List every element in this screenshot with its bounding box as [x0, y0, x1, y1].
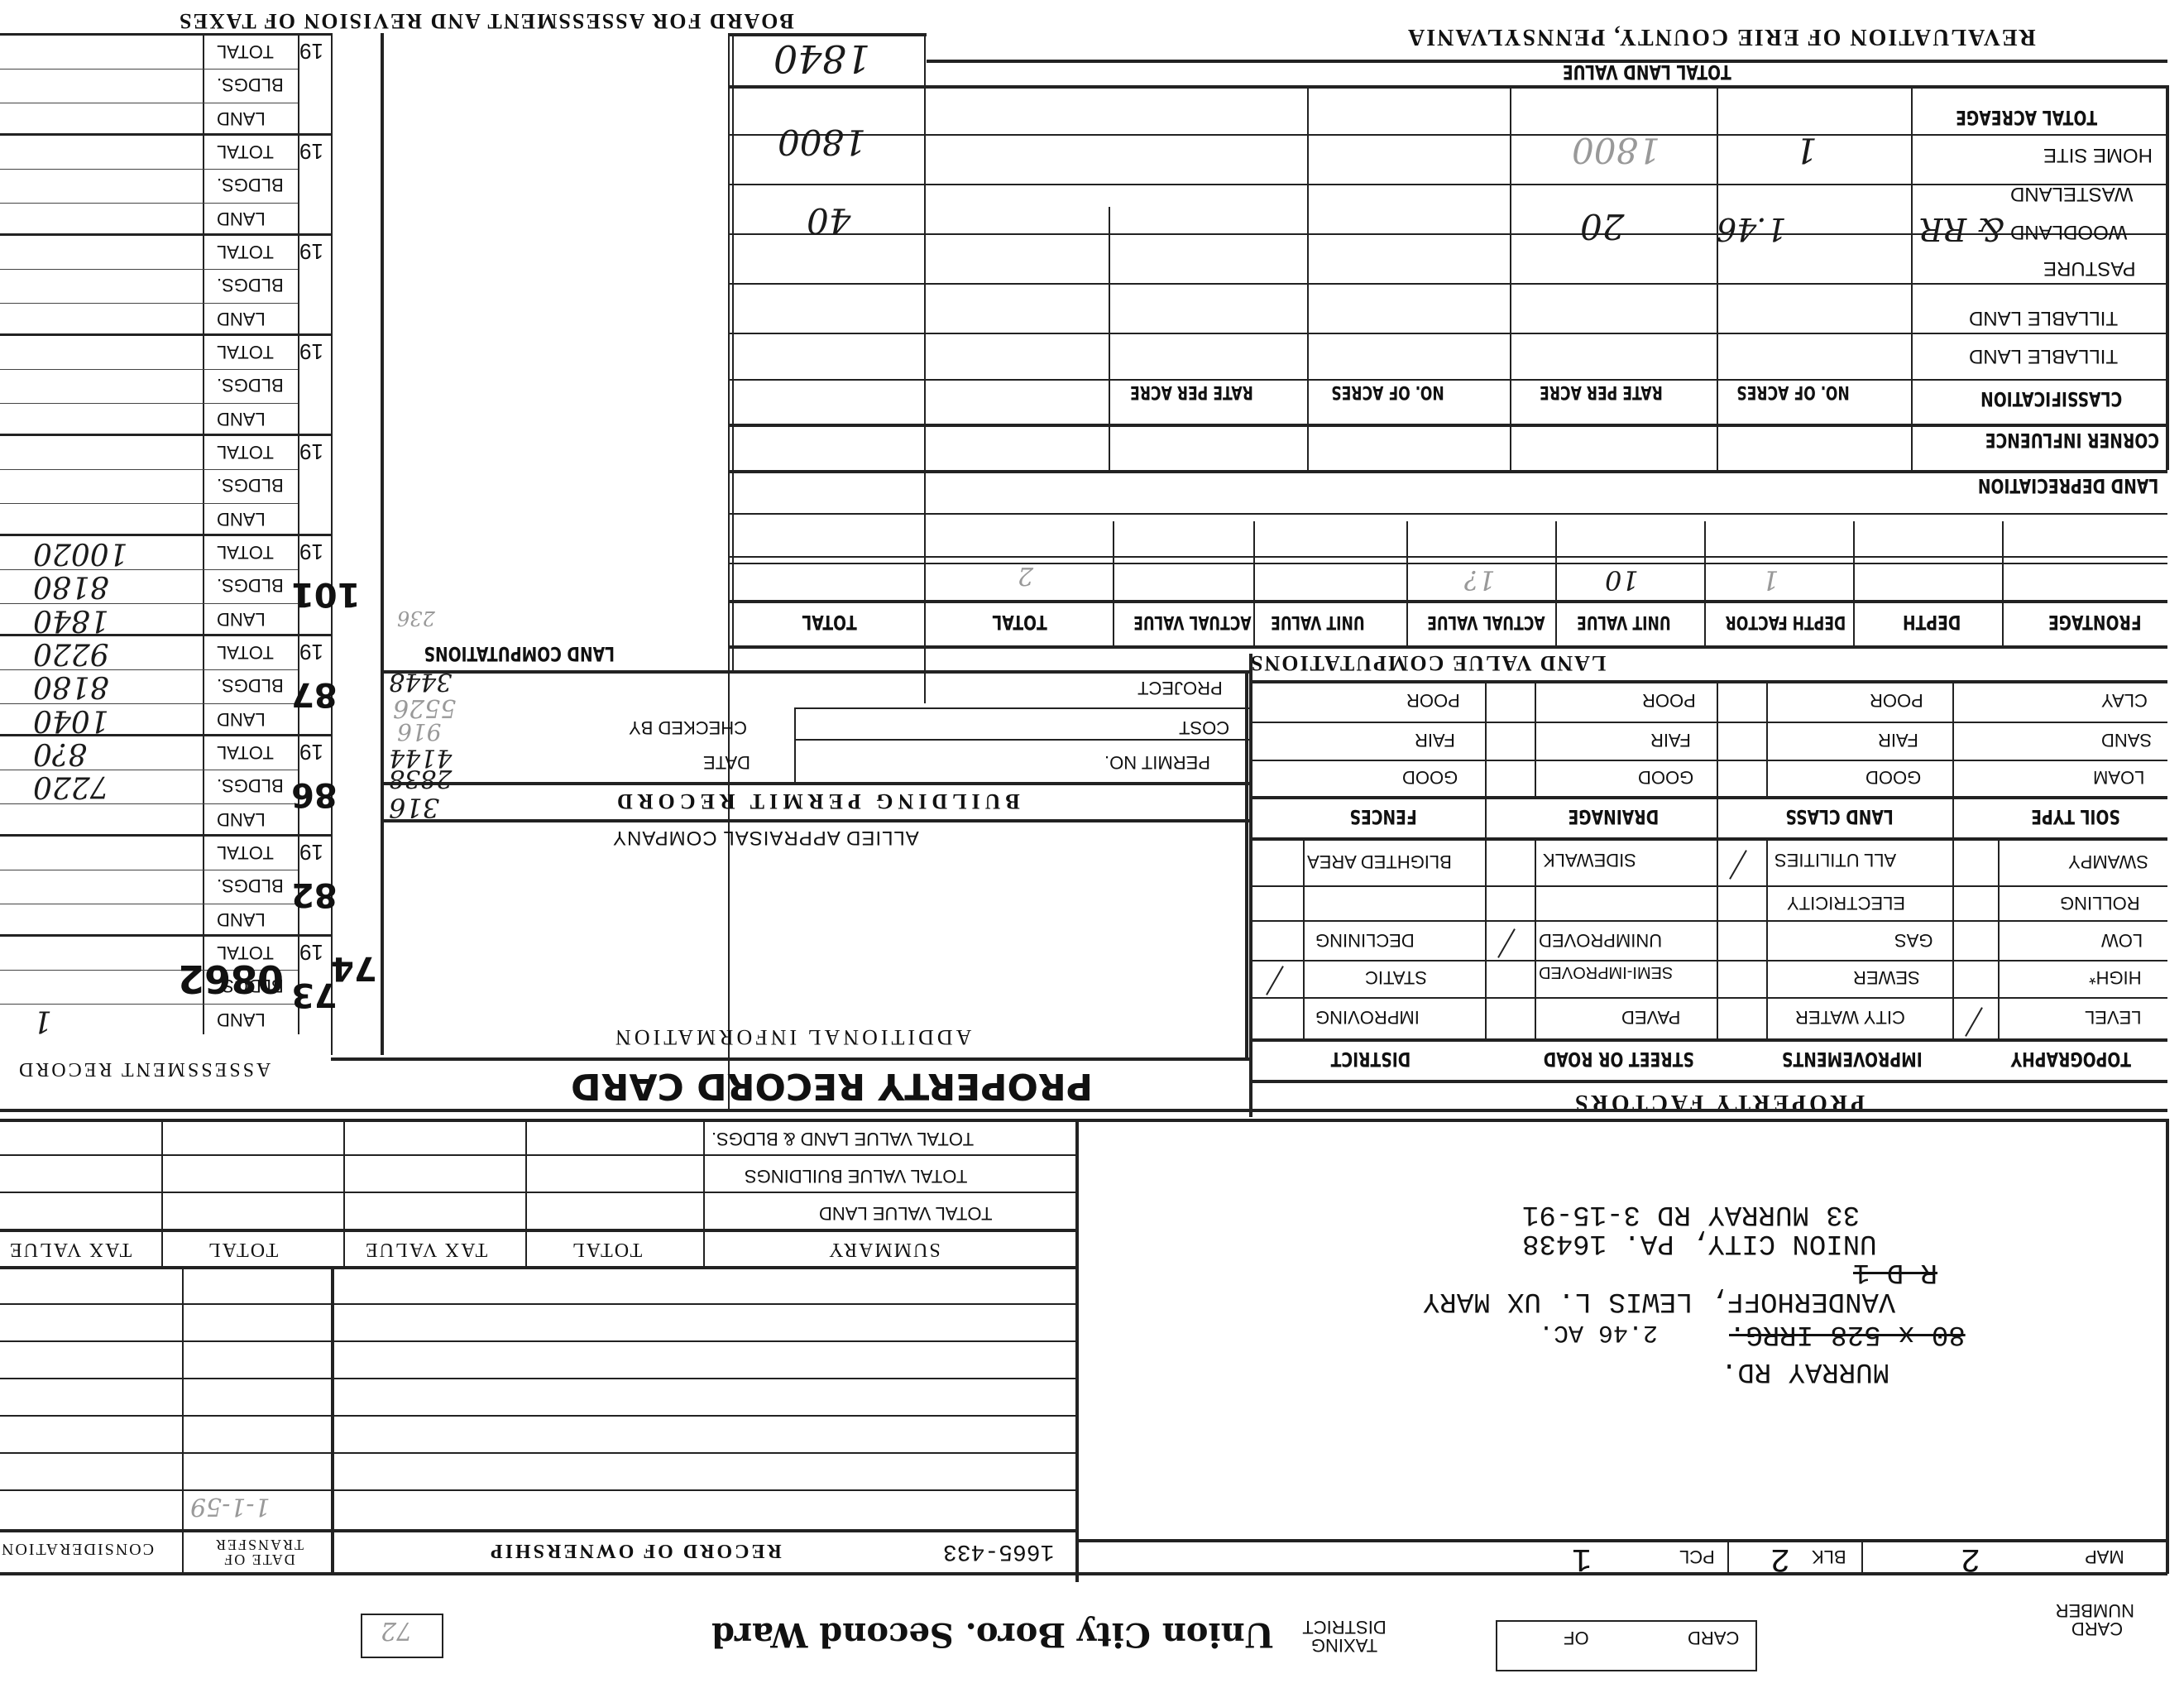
assessment-stamp-2: 74	[331, 952, 377, 985]
assessment-land-label: LAND	[217, 209, 266, 228]
check-mark-icon	[1497, 928, 1516, 958]
lvc-total-1: TOTAL	[992, 612, 1046, 632]
assessment-year-prefix: 19	[299, 41, 323, 62]
address-line-5: UNION CITY, PA. 16438	[1522, 1229, 1876, 1257]
district-improving: IMPROVING	[1315, 1008, 1420, 1026]
assessment-year-group: TOTAL10020BLDGS.8180LAND184019101	[0, 534, 331, 636]
total-land-value: 1840	[773, 40, 870, 78]
assessment-total-label: TOTAL	[217, 142, 274, 161]
woodland-value: 40	[807, 203, 850, 237]
assessment-year-group: TOTALBLDGS.LAND19	[0, 33, 331, 136]
assessment-bldgs-label: BLDGS.	[217, 476, 284, 494]
assessment-bldgs-label: BLDGS.	[217, 776, 284, 794]
landclass-good: GOOD	[1865, 768, 1921, 786]
assessment-land-value: 1840	[33, 605, 109, 635]
lvc-frontage: FRONTAGE	[2048, 612, 2142, 632]
address-line-4-struck: R D 1	[1853, 1258, 1937, 1286]
soil-type-header: SOIL TYPE	[2031, 807, 2120, 827]
summary-col-total-1: TOTAL	[571, 1240, 642, 1259]
assessment-year-prefix: 19	[299, 942, 323, 963]
home-site-value: 1800	[778, 124, 866, 159]
stamp-value: 72	[381, 1618, 412, 1642]
land-computation-scribble: 2838	[389, 765, 452, 790]
woodland-label: WOODLAND	[2010, 222, 2127, 242]
company-name: ALLIED APPRAISAL COMPANY	[612, 827, 919, 847]
topography-header: TOPOGRAPHY	[2011, 1049, 2132, 1069]
district-static: STATIC	[1365, 968, 1427, 986]
assessment-record-table: TOTALBLDGS.LAND19TOTALBLDGS.LAND19TOTALB…	[0, 33, 331, 1034]
home-site-label: HOME SITE	[2043, 145, 2153, 165]
road-semi-improved: SEMI-IMPROVED	[1539, 964, 1673, 981]
land-computation-scribble: 236	[397, 608, 435, 628]
woodland-acres: 1.46	[1717, 213, 1787, 245]
permit-checked-by-label: CHECKED BY	[629, 718, 747, 736]
map-label: MAP	[2085, 1547, 2124, 1566]
lvc-depth: DEPTH	[1903, 612, 1961, 632]
assessment-land-value: 1	[33, 1005, 52, 1035]
land-computation-scribble: 3448	[389, 669, 452, 693]
blk-label: BLK	[1812, 1547, 1846, 1566]
street-or-road-header: STREET OR ROAD	[1544, 1049, 1694, 1069]
assessment-total-label: TOTAL	[217, 543, 274, 561]
lvc-depth-factor-value: 1	[1762, 567, 1779, 593]
soil-sand: SAND	[2101, 731, 2152, 749]
assessment-record-title: ASSESSMENT RECORD	[17, 1059, 271, 1079]
drainage-fair: FAIR	[1650, 731, 1691, 749]
taxing-district-value: Union City Boro. Second Ward	[711, 1618, 1274, 1651]
additional-information-title: ADDITIONAL INFORMATION	[612, 1026, 971, 1048]
land-computation-scribble: 316	[389, 794, 439, 821]
card-label: CARD	[1688, 1628, 1739, 1647]
pasture-label: PASTURE	[2043, 258, 2136, 278]
road-paved: PAVED	[1621, 1008, 1680, 1026]
tillable-land-label-1: TILLABLE LAND	[1969, 308, 2118, 328]
lvc-actual-value-value: 1?	[1464, 567, 1496, 593]
land-depreciation-label: LAND DEPRECIATION	[1978, 476, 2158, 496]
no-of-acres-header-2: NO. OF ACRES	[1331, 382, 1444, 400]
check-mark-icon	[1266, 966, 1284, 995]
assessment-year-group: TOTAL8?0BLDGS.7220LAND1986	[0, 734, 331, 837]
ownership-code: 1665-433	[943, 1539, 1054, 1562]
board-title: BOARD FOR ASSESSMENT AND REVISION OF TAX…	[178, 10, 794, 31]
rate-per-acre-header: RATE PER ACRE	[1540, 382, 1663, 400]
building-permit-title: BUILDING PERMIT RECORD	[612, 790, 1020, 812]
topo-high: HIGH*	[2089, 968, 2142, 986]
assessment-land-label: LAND	[217, 309, 266, 328]
assessment-land-value: 1040	[33, 705, 109, 735]
assessment-bldgs-label: BLDGS.	[217, 676, 284, 694]
summary-col-tax-value-1: TAX VALUE	[364, 1240, 487, 1259]
check-mark-icon	[1965, 1007, 1983, 1037]
assessment-year-prefix: 19	[299, 441, 323, 463]
assessment-year-prefix: 19	[299, 641, 323, 663]
address-owner: VANDERHOFF, LEWIS L. UX MARY	[1423, 1287, 1895, 1315]
assessment-year: 86	[291, 778, 338, 811]
topo-swampy: SWAMPY	[2068, 852, 2148, 870]
assessment-total-label: TOTAL	[217, 843, 274, 861]
assessment-bldgs-label: BLDGS.	[217, 276, 284, 294]
record-of-ownership-title: RECORD OF OWNERSHIP	[488, 1541, 782, 1561]
assessment-land-label: LAND	[217, 710, 266, 728]
assessment-year-prefix: 19	[299, 241, 323, 262]
assessment-land-label: LAND	[217, 1010, 266, 1029]
assessment-year-prefix: 19	[299, 741, 323, 763]
total-acreage-label: TOTAL ACREAGE	[1956, 108, 2097, 127]
road-sidewalk: SIDEWALK	[1543, 851, 1636, 869]
assessment-total-value: 9220	[33, 638, 109, 668]
assessment-total-label: TOTAL	[217, 743, 274, 761]
lvc-actual-value: ACTUAL VALUE	[1427, 612, 1545, 631]
assessment-year-prefix: 19	[299, 341, 323, 362]
summary-total-land: TOTAL VALUE LAND	[819, 1204, 992, 1222]
district-blighted: BLIGHTED AREA	[1307, 852, 1452, 870]
assessment-year: 82	[291, 878, 338, 911]
assessment-total-label: TOTAL	[217, 242, 274, 261]
assessment-land-label: LAND	[217, 510, 266, 528]
assessment-year-group: TOTALBLDGS.LAND1982	[0, 834, 331, 937]
assessment-year-group: TOTALBLDGS.LAND19	[0, 333, 331, 436]
assessment-bldgs-value: 8180	[33, 671, 109, 701]
of-label: OF	[1564, 1628, 1589, 1647]
assessment-land-label: LAND	[217, 109, 266, 127]
lvc-unit-value-2: UNIT VALUE	[1271, 612, 1365, 631]
summary-total-buildings: TOTAL VALUE BUILDINGS	[745, 1167, 967, 1185]
map-value: 2	[1961, 1541, 1980, 1574]
improvements-header: IMPROVEMENTS	[1782, 1049, 1923, 1069]
assessment-bldgs-label: BLDGS.	[217, 876, 284, 894]
total-land-value-label: TOTAL LAND VALUE	[1563, 62, 1731, 82]
assessment-land-label: LAND	[217, 910, 266, 928]
lvc-unit-value: UNIT VALUE	[1577, 612, 1671, 631]
consideration-label: CONSIDERATION	[0, 1541, 154, 1557]
revaluation-title: REVALUATION OF ERIE COUNTY, PENNSYLVANIA	[1406, 25, 2036, 48]
lvc-title: LAND VALUE COMPUTATIONS	[1249, 652, 1606, 674]
permit-no-label: PERMIT NO.	[1104, 753, 1210, 771]
wasteland-label: WASTELAND	[2010, 184, 2133, 204]
property-record-card-title: PROPERTY RECORD CARD	[571, 1067, 1093, 1104]
pcl-value: 1	[1572, 1541, 1592, 1574]
fences-poor: POOR	[1406, 691, 1460, 709]
address-line-2-struck: 80 x 528 IRRG.	[1729, 1320, 1966, 1348]
assessment-year-group: TOTALBLDGS.LAND19	[0, 233, 331, 336]
assessment-year-prefix: 19	[299, 842, 323, 863]
assessment-bldgs-label: BLDGS.	[217, 576, 284, 594]
assessment-year-prefix: 19	[299, 141, 323, 162]
assessment-year-group: TOTALBLDGS.LAND19	[0, 434, 331, 536]
impr-electricity: ELECTRICITY	[1787, 894, 1905, 912]
card-number-label: CARD NUMBER	[2060, 1601, 2134, 1638]
summary-col-tax-value-2: TAX VALUE	[8, 1240, 132, 1259]
road-unimproved: UNIMPROVED	[1539, 931, 1662, 949]
permit-date-label: DATE	[703, 753, 750, 771]
assessment-bldgs-label: BLDGS.	[217, 175, 284, 194]
impr-gas: GAS	[1894, 931, 1933, 949]
land-computations-title: LAND COMPUTATIONS	[424, 644, 615, 664]
district-header: DISTRICT	[1331, 1049, 1411, 1069]
assessment-bldgs-label: BLDGS.	[217, 376, 284, 394]
rate-per-acre-header-2: RATE PER ACRE	[1130, 382, 1253, 400]
transfer-date: 1-1-59	[190, 1494, 271, 1518]
topo-rolling: ROLLING	[2060, 894, 2140, 912]
drainage-header: DRAINAGE	[1568, 807, 1659, 827]
address-line-6: 33 MURRAY RD 3-15-91	[1522, 1200, 1860, 1228]
lvc-total-value: 2	[1018, 563, 1033, 587]
assessment-bldgs-label: BLDGS.	[217, 75, 284, 94]
topo-level: LEVEL	[2085, 1008, 2142, 1026]
soil-loam: LOAM	[2093, 768, 2144, 786]
topo-low: LOW	[2101, 931, 2143, 949]
assessment-bldgs-value: 7220	[33, 771, 109, 801]
soil-clay: CLAY	[2101, 691, 2148, 709]
assessment-total-label: TOTAL	[217, 443, 274, 461]
address-acres: 2.46 AC.	[1539, 1320, 1658, 1345]
summary-col-total-2: TOTAL	[207, 1240, 278, 1259]
drainage-good: GOOD	[1638, 768, 1693, 786]
drainage-poor: POOR	[1642, 691, 1696, 709]
corner-influence-label: CORNER INFLUENCE	[1985, 430, 2159, 450]
tillable-land-label-2: TILLABLE LAND	[1969, 346, 2118, 366]
landclass-fair: FAIR	[1878, 731, 1918, 749]
impr-city-water: CITY WATER	[1795, 1008, 1905, 1026]
blk-value: 2	[1770, 1541, 1790, 1574]
assessment-year-group: TOTAL9220BLDGS.8180LAND10401987	[0, 634, 331, 736]
assessment-total-label: TOTAL	[217, 343, 274, 361]
land-class-header: LAND CLASS	[1785, 807, 1893, 827]
land-computation-scribble: 916	[397, 720, 441, 743]
district-declining: DECLINING	[1315, 931, 1415, 949]
assessment-year: 101	[291, 578, 361, 611]
fences-good: GOOD	[1402, 768, 1458, 786]
permit-project-label: PROJECT	[1137, 679, 1223, 697]
home-site-acres: 1	[1795, 132, 1818, 167]
taxing-district-label: TAXING DISTRICT	[1291, 1618, 1398, 1654]
assessment-total-label: TOTAL	[217, 643, 274, 661]
assessment-year-group: TOTALBLDGS.LAND19	[0, 133, 331, 236]
classification-header: CLASSIFICATION	[1980, 389, 2122, 409]
check-mark-icon	[1729, 850, 1747, 880]
summary-total-land-bldgs: TOTAL VALUE LAND & BLDGS.	[711, 1129, 974, 1148]
lvc-total-2: TOTAL	[802, 612, 856, 632]
assessment-land-label: LAND	[217, 410, 266, 428]
assessment-stamp: 0862	[178, 960, 284, 998]
fences-header: FENCES	[1349, 807, 1416, 827]
assessment-year-prefix: 19	[299, 541, 323, 563]
woodland-note: & RR	[1919, 213, 2004, 245]
address-line-1: MURRAY RD.	[1721, 1357, 1889, 1385]
assessment-bldgs-value: 8180	[33, 571, 109, 601]
summary-title: SUMMARY	[827, 1240, 941, 1259]
lvc-depth-factor: DEPTH FACTOR	[1726, 612, 1846, 631]
impr-all-utilities: ALL UTILITIES	[1774, 851, 1896, 869]
landclass-poor: POOR	[1870, 691, 1923, 709]
no-of-acres-header: NO. OF ACRES	[1736, 382, 1850, 400]
pcl-label: PCL	[1679, 1547, 1715, 1566]
assessment-total-value: 10020	[33, 538, 128, 568]
permit-cost-label: COST	[1179, 718, 1229, 736]
fences-fair: FAIR	[1415, 731, 1455, 749]
assessment-total-value: 8?0	[33, 738, 87, 768]
assessment-total-label: TOTAL	[217, 42, 274, 60]
lvc-unit-value-value: 10	[1605, 567, 1639, 593]
assessment-land-label: LAND	[217, 810, 266, 828]
impr-sewer: SEWER	[1853, 968, 1920, 986]
lvc-actual-value-2: ACTUAL VALUE	[1133, 612, 1252, 631]
assessment-land-label: LAND	[217, 610, 266, 628]
assessment-year: 87	[291, 678, 338, 711]
date-of-transfer-label: DATE OF TRANSFER	[189, 1537, 329, 1567]
home-site-rate: 1800	[1572, 132, 1660, 167]
property-record-card: BOARD FOR ASSESSMENT AND REVISION OF TAX…	[0, 0, 2184, 1688]
woodland-rate: 20	[1580, 209, 1624, 243]
land-computation-scribble: 5526	[393, 695, 456, 720]
